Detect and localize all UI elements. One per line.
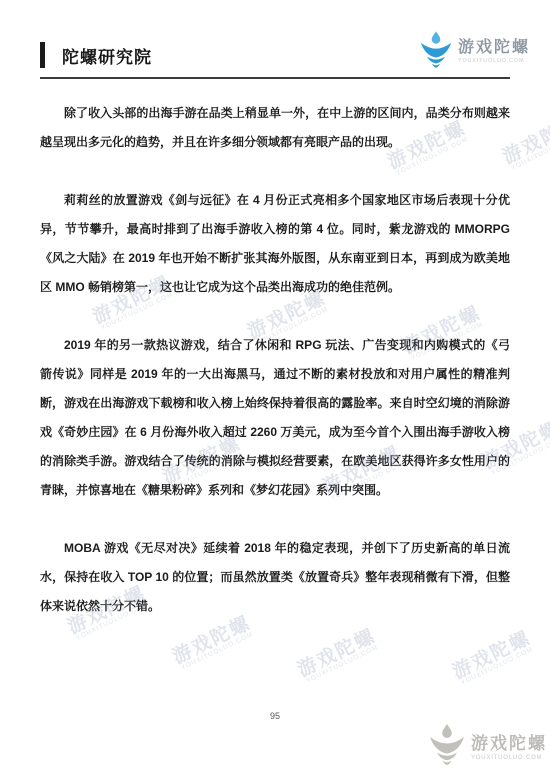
page-number: 95 xyxy=(0,711,550,721)
spinning-top-icon-gray xyxy=(429,724,465,771)
header-divider xyxy=(40,77,510,79)
brand-text-footer: 游戏陀螺 YOUXITUOLUO.COM xyxy=(471,735,547,761)
header-accent-bar xyxy=(40,42,45,68)
spinning-top-icon xyxy=(420,31,452,74)
document-body: 除了收入头部的出海手游在品类上稍显单一外，在中上游的区间内，品类分布则越来越呈现… xyxy=(40,99,510,650)
brand-logo-footer: 游戏陀螺 YOUXITUOLUO.COM xyxy=(429,724,547,771)
document-page: 陀螺研究院 游戏陀螺 YOUXITUOLUO.COM 除了收入头部的出海手游在品… xyxy=(0,0,550,777)
brand-name-footer: 游戏陀螺 xyxy=(471,735,547,752)
brand-domain-footer: YOUXITUOLUO.COM xyxy=(471,755,547,761)
brand-name: 游戏陀螺 xyxy=(458,40,530,56)
brand-text: 游戏陀螺 YOUXITUOLUO.COM xyxy=(458,40,530,65)
paragraph-4: MOBA 游戏《无尽对决》延续着 2018 年的稳定表现，并创下了历史新高的单日… xyxy=(40,534,510,621)
brand-logo: 游戏陀螺 YOUXITUOLUO.COM xyxy=(420,31,530,74)
paragraph-1: 除了收入头部的出海手游在品类上稍显单一外，在中上游的区间内，品类分布则越来越呈现… xyxy=(40,99,510,157)
paragraph-3: 2019 年的另一款热议游戏，结合了休闲和 RPG 玩法、广告变现和内购模式的《… xyxy=(40,331,510,505)
paragraph-2: 莉莉丝的放置游戏《剑与远征》在 4 月份正式亮相多个国家地区市场后表现十分优异，… xyxy=(40,186,510,302)
page-title: 陀螺研究院 xyxy=(62,43,152,68)
brand-domain: YOUXITUOLUO.COM xyxy=(458,59,530,65)
